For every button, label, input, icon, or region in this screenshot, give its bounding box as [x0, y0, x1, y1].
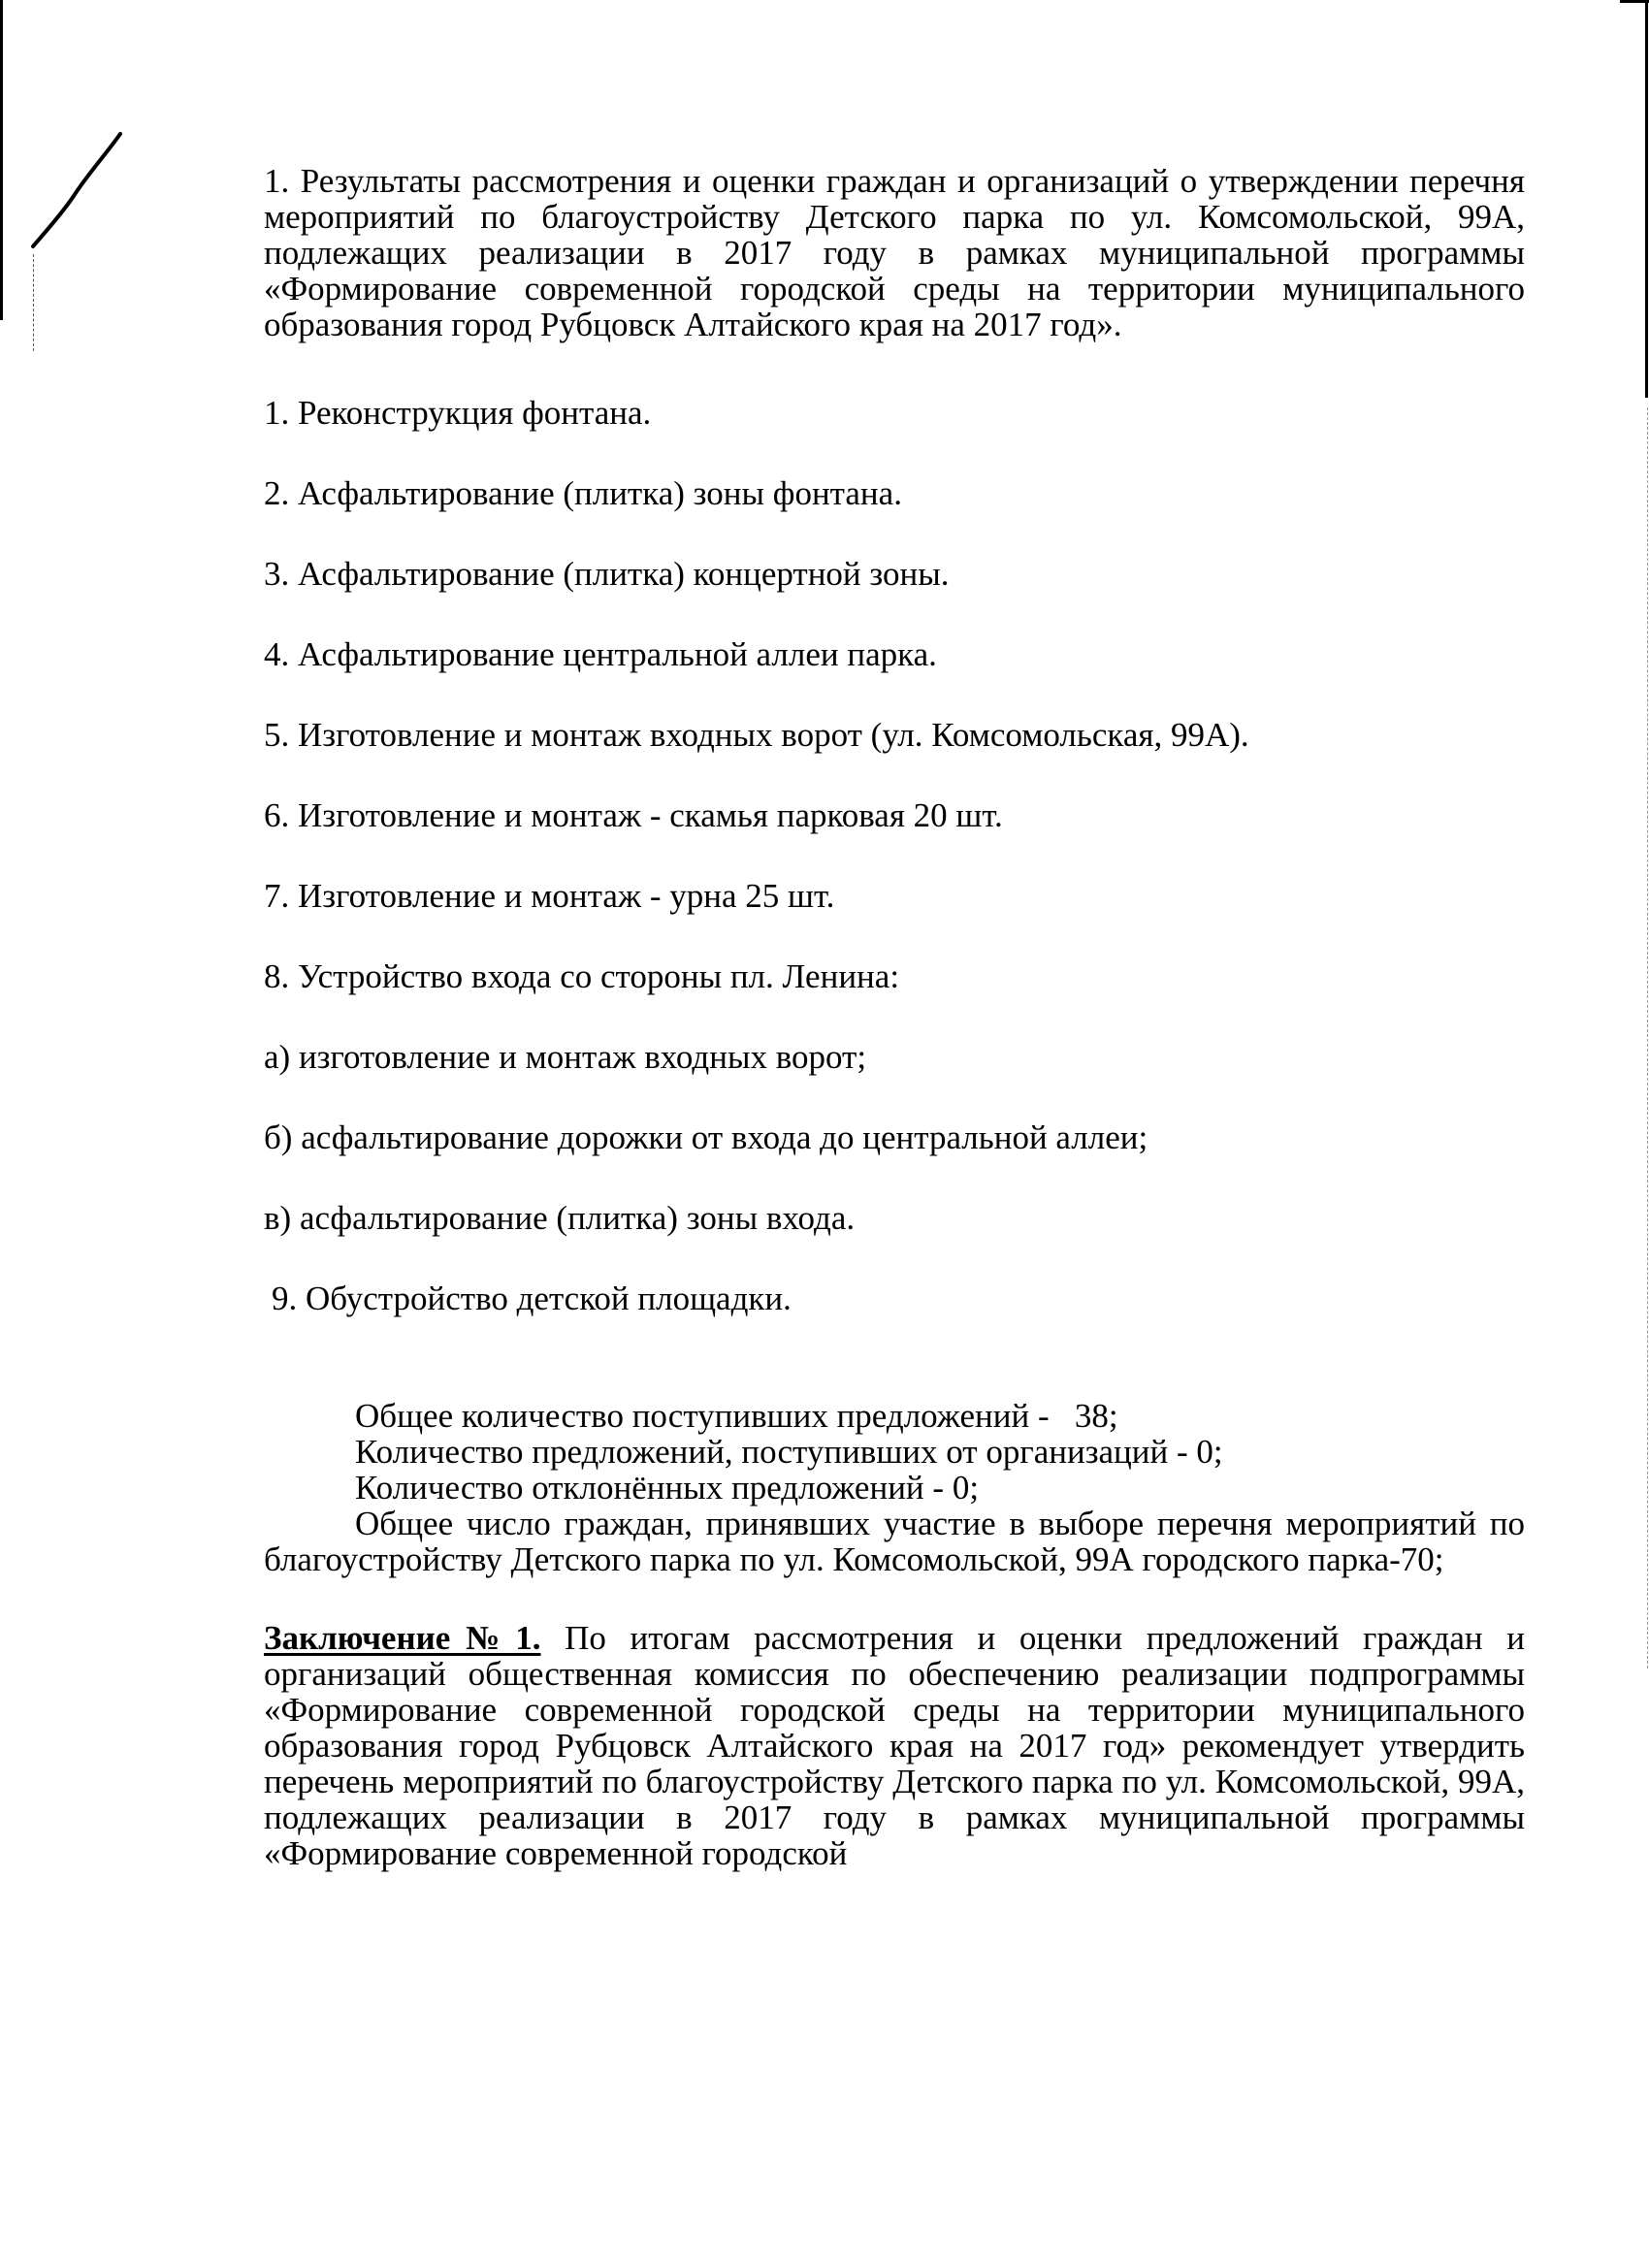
- list-item: 8. Устройство входа со стороны пл. Ленин…: [264, 958, 1525, 994]
- item-text: Устройство входа со стороны пл. Ленина:: [298, 957, 899, 995]
- stats-block: Общее количество поступивших предложений…: [264, 1398, 1525, 1577]
- item-number: 1.: [264, 394, 289, 432]
- stat-citizens-participated: Общее число граждан, принявших участие в…: [264, 1506, 1525, 1577]
- scan-dash-artifact: [33, 254, 35, 351]
- stat-total-proposals: Общее количество поступивших предложений…: [264, 1398, 1525, 1434]
- item-text: Асфальтирование (плитка) концертной зоны…: [298, 555, 950, 593]
- item-number: 5.: [264, 716, 289, 754]
- item-number: 8.: [264, 957, 289, 995]
- stat-value: 38;: [1075, 1397, 1118, 1435]
- list-subitem: б) асфальтирование дорожки от входа до ц…: [264, 1119, 1525, 1155]
- item-number: 4.: [264, 635, 289, 673]
- pen-stroke-mark: [29, 126, 126, 262]
- list-item: 9. Обустройство детской площадки.: [264, 1280, 1525, 1316]
- scan-edge-left: [0, 0, 3, 320]
- intro-paragraph: 1. Результаты рассмотрения и оценки граж…: [264, 163, 1525, 342]
- item-text: Изготовление и монтаж входных ворот (ул.…: [298, 716, 1249, 754]
- scan-edge-right: [1645, 0, 1648, 398]
- item-text: Асфальтирование центральной аллеи парка.: [298, 635, 937, 673]
- item-number: 6.: [264, 796, 289, 834]
- item-text: Обустройство детской площадки.: [306, 1280, 792, 1317]
- item-text: Изготовление и монтаж - урна 25 шт.: [298, 877, 834, 915]
- list-item: 2. Асфальтирование (плитка) зоны фонтана…: [264, 475, 1525, 511]
- item-text: Асфальтирование (плитка) зоны фонтана.: [298, 474, 902, 512]
- item-text: изготовление и монтаж входных ворот;: [299, 1038, 866, 1076]
- item-text: асфальтирование (плитка) зоны входа.: [300, 1199, 855, 1237]
- list-subitem: а) изготовление и монтаж входных ворот;: [264, 1039, 1525, 1075]
- measures-list: 1. Реконструкция фонтана. 2. Асфальтиров…: [264, 395, 1525, 1316]
- item-letter: в): [264, 1199, 291, 1237]
- list-item: 7. Изготовление и монтаж - урна 25 шт.: [264, 878, 1525, 914]
- item-text: Изготовление и монтаж - скамья парковая …: [298, 796, 1003, 834]
- list-item: 5. Изготовление и монтаж входных ворот (…: [264, 717, 1525, 753]
- scanned-page: 1. Результаты рассмотрения и оценки граж…: [0, 0, 1649, 2268]
- scan-edge-top: [1620, 0, 1649, 3]
- conclusion-heading: Заключение№1.: [264, 1619, 541, 1657]
- item-text: асфальтирование дорожки от входа до цент…: [301, 1118, 1148, 1156]
- item-number: 3.: [264, 555, 289, 593]
- item-number: 2.: [264, 474, 289, 512]
- stat-org-proposals: Количество предложений, поступивших от о…: [264, 1434, 1525, 1470]
- list-item: 4. Асфальтирование центральной аллеи пар…: [264, 636, 1525, 672]
- list-item: 1. Реконструкция фонтана.: [264, 395, 1525, 431]
- stat-rejected-proposals: Количество отклонённых предложений - 0;: [264, 1470, 1525, 1506]
- list-item: 6. Изготовление и монтаж - скамья парков…: [264, 797, 1525, 833]
- conclusion-paragraph: Заключение№1. По итогам рассмотрения и о…: [264, 1620, 1525, 1871]
- conclusion-text: По итогам рассмотрения и оценки предложе…: [264, 1619, 1525, 1872]
- item-letter: а): [264, 1038, 290, 1076]
- document-body: 1. Результаты рассмотрения и оценки граж…: [264, 163, 1525, 1871]
- stat-label: Общее количество поступивших предложений…: [355, 1397, 1050, 1435]
- list-item: 3. Асфальтирование (плитка) концертной з…: [264, 556, 1525, 592]
- item-letter: б): [264, 1118, 292, 1156]
- item-text: Реконструкция фонтана.: [298, 394, 651, 432]
- item-number: 9.: [272, 1280, 297, 1317]
- item-number: 7.: [264, 877, 289, 915]
- list-subitem: в) асфальтирование (плитка) зоны входа.: [264, 1200, 1525, 1236]
